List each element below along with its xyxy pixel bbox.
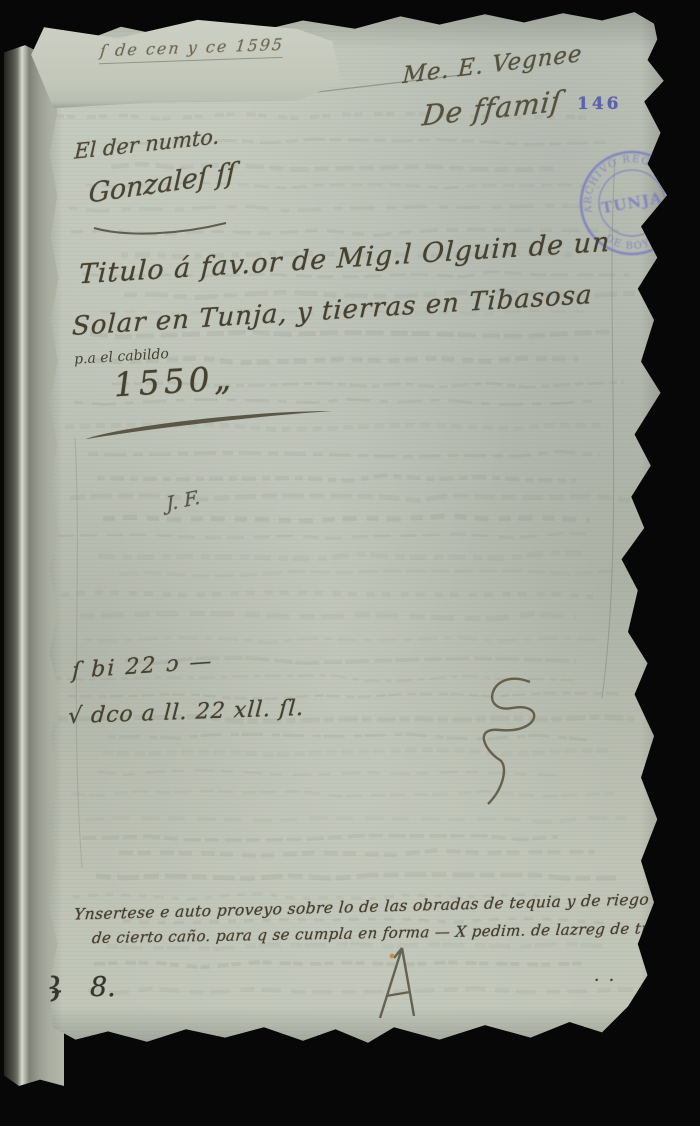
stamp-center-text: TUNJA [600,189,664,217]
photo-backdrop: 20 Me. E. Vegnee De ffamiſ 146 ARCHIVO R… [0,0,700,1126]
manuscript-page: 20 Me. E. Vegnee De ffamiſ 146 ARCHIVO R… [30,8,680,1048]
bottom-dots: . . [594,966,616,986]
stamped-page-number: 146 [577,94,622,114]
margin-note-underline-flourish [92,220,232,240]
title-year: 1550„ [113,358,236,404]
stamp-arc-bottom-text: DE BOYACÁ [602,221,676,257]
orange-speck [390,954,395,959]
bottom-mark-2: 8. [90,972,116,1003]
top-page-fragment [28,18,348,110]
rubric-flourish [452,672,572,812]
bottom-a-mark [372,946,432,1026]
svg-text:DE BOYACÁ: DE BOYACÁ [602,221,676,257]
